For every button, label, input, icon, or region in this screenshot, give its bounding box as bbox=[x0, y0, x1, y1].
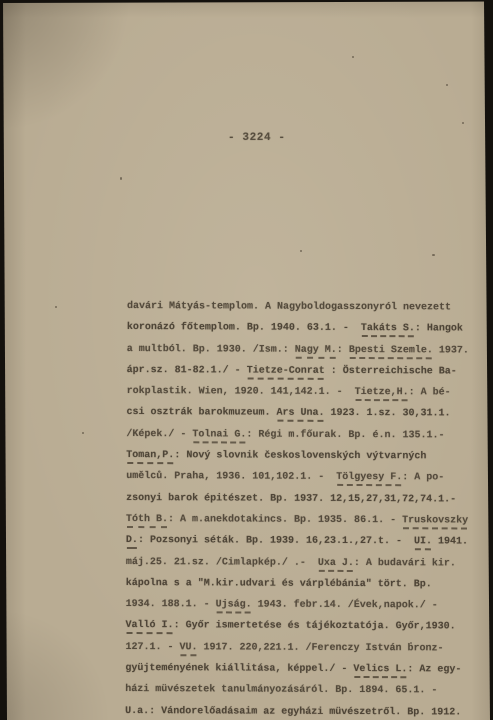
scanned-document-page: { "colors": { "paper": "#b9ac93", "ink":… bbox=[0, 0, 493, 720]
underlined-author: Uxa J. bbox=[318, 557, 354, 568]
underlined-author: Tietze,H. bbox=[355, 387, 409, 398]
underlined-author: Tolnai G. bbox=[192, 429, 246, 440]
text-line: umělců. Praha, 1936. 101,102.1. - Tölgye… bbox=[126, 466, 478, 489]
text-line: Toman,P.: Nový slovnik československých … bbox=[126, 445, 478, 468]
text-line: rokplastik. Wien, 1920. 141,142.1. - Tie… bbox=[127, 381, 479, 404]
text-segment: : Hangok bbox=[415, 324, 463, 335]
underlined-author: Nagy M. bbox=[295, 344, 337, 355]
text-segment: 1934. 188.1. - bbox=[126, 599, 216, 610]
text-segment: ápr.sz. 81-82.1./ - bbox=[127, 365, 247, 377]
text-segment: a multból. Bp. 1930. /Ism.: bbox=[127, 344, 295, 356]
page-number: - 3224 - bbox=[228, 132, 286, 144]
dust-speck bbox=[432, 254, 435, 256]
text-line: zsonyi barok épitészet. Bp. 1937. 12,15,… bbox=[126, 488, 478, 511]
text-segment: : A m.anekdotakincs. Bp. 1935. 86.1. - bbox=[168, 514, 402, 526]
text-line: Valló I.: Győr ismertetése és tájékoztat… bbox=[126, 615, 478, 638]
underlined-author: Truskovszky bbox=[402, 515, 468, 526]
underlined-author: VU. bbox=[179, 642, 197, 653]
text-segment: /Képek./ - bbox=[126, 429, 192, 440]
text-segment: umělců. Praha, 1936. 101,102.1. - bbox=[126, 471, 336, 483]
text-line: máj.25. 21.sz. /Cimlapkép./ .- Uxa J.: A… bbox=[126, 552, 478, 575]
underlined-author: Bpesti Szemle. bbox=[349, 345, 433, 356]
text-segment: : A bé- bbox=[409, 387, 451, 398]
text-segment: 1917. 220,221.1. /Ferenczy István bronz- bbox=[197, 642, 443, 654]
dust-speck bbox=[55, 306, 57, 308]
text-segment: : Österreichische Ba- bbox=[325, 366, 457, 378]
text-segment: : Régi m.főurak. Bp. é.n. 135.1.- bbox=[246, 429, 444, 441]
text-line: davári Mátyás-templom. A Nagyboldogasszo… bbox=[127, 296, 479, 319]
text-segment: : Az egy- bbox=[407, 664, 461, 675]
dust-speck bbox=[300, 250, 302, 252]
text-segment: : A budavári kir. bbox=[354, 558, 456, 569]
scan-border-top bbox=[0, 0, 493, 3]
text-segment: 1937. bbox=[433, 345, 469, 356]
text-segment: koronázó főtemplom. Bp. 1940. 63.1. - bbox=[127, 322, 361, 334]
text-segment: csi osztrák barokmuzeum. bbox=[126, 407, 276, 419]
text-line: csi osztrák barokmuzeum. Ars Una. 1923. … bbox=[126, 402, 478, 425]
underlined-author: Ujság. bbox=[216, 600, 252, 611]
text-segment: kápolna s a "M.kir.udvari és várplébánia… bbox=[126, 578, 432, 590]
text-line: U.a.: Vándorelőadásaim az egyházi müvész… bbox=[125, 701, 477, 720]
text-line: koronázó főtemplom. Bp. 1940. 63.1. - Ta… bbox=[127, 317, 479, 340]
text-segment: 127.1. - bbox=[125, 642, 179, 653]
text-segment: : bbox=[337, 345, 349, 356]
scan-border-left bbox=[0, 0, 8, 720]
text-segment: U.a.: Vándorelőadásaim az egyházi müvész… bbox=[125, 706, 461, 718]
underlined-author: Takáts S. bbox=[361, 323, 415, 334]
dust-speck bbox=[462, 122, 464, 124]
underlined-author: Toman,P. bbox=[126, 450, 174, 461]
text-line: D.: Pozsonyi séták. Bp. 1939. 16,23.1.,2… bbox=[126, 530, 478, 553]
text-segment: : Nový slovnik československých výtvarný… bbox=[174, 450, 426, 462]
text-segment: házi müvészetek tanulmányozásáról. Bp. 1… bbox=[125, 684, 437, 696]
text-segment: rokplastik. Wien, 1920. 141,142.1. - bbox=[127, 386, 355, 398]
text-segment: : Győr ismertetése és tájékoztatója. Győ… bbox=[174, 621, 456, 633]
text-line: a multból. Bp. 1930. /Ism.: Nagy M.: Bpe… bbox=[127, 339, 479, 362]
underlined-author: Tóth B. bbox=[126, 514, 168, 525]
underlined-author: Velics L. bbox=[353, 664, 407, 675]
text-segment: zsonyi barok épitészet. Bp. 1937. 12,15,… bbox=[126, 493, 456, 505]
text-segment: máj.25. 21.sz. /Cimlapkép./ .- bbox=[126, 557, 318, 569]
dust-speck bbox=[446, 84, 448, 86]
underlined-author: UI. bbox=[414, 537, 432, 548]
dust-speck bbox=[82, 432, 84, 434]
text-line: kápolna s a "M.kir.udvari és várplébánia… bbox=[126, 573, 478, 596]
text-line: Tóth B.: A m.anekdotakincs. Bp. 1935. 86… bbox=[126, 509, 478, 532]
dust-speck bbox=[352, 56, 354, 58]
scan-border-right bbox=[483, 0, 493, 720]
text-segment: 1923. 1.sz. 30,31.1. bbox=[325, 408, 451, 420]
text-line: 127.1. - VU. 1917. 220,221.1. /Ferenczy … bbox=[125, 637, 477, 660]
text-line: 1934. 188.1. - Ujság. 1943. febr.14. /Év… bbox=[126, 594, 478, 617]
text-line: gyüjteményének kiállitása, képpel./ - Ve… bbox=[125, 658, 477, 681]
underlined-author: Tietze-Conrat bbox=[247, 365, 325, 376]
text-segment: 1941. bbox=[432, 537, 468, 548]
text-line: házi müvészetek tanulmányozásáról. Bp. 1… bbox=[125, 679, 477, 702]
underlined-author: Ars Una. bbox=[276, 408, 324, 419]
text-segment: davári Mátyás-templom. A Nagyboldogasszo… bbox=[127, 301, 451, 313]
text-segment: : A po- bbox=[402, 473, 444, 484]
underlined-author: Valló I. bbox=[126, 620, 174, 631]
underlined-author: Tölgyesy F. bbox=[336, 472, 402, 483]
text-segment: gyüjteményének kiállitása, képpel./ - bbox=[125, 663, 353, 675]
text-block: davári Mátyás-templom. A Nagyboldogasszo… bbox=[125, 296, 479, 720]
text-segment: : Pozsonyi séták. Bp. 1939. 16,23.1.,27.… bbox=[138, 535, 414, 547]
text-line: ápr.sz. 81-82.1./ - Tietze-Conrat : Öste… bbox=[127, 360, 479, 383]
text-line: /Képek./ - Tolnai G.: Régi m.főurak. Bp.… bbox=[126, 424, 478, 447]
text-segment: 1943. febr.14. /Évek,napok./ - bbox=[252, 600, 438, 612]
underlined-author: D. bbox=[126, 535, 138, 546]
dust-speck bbox=[120, 177, 122, 180]
